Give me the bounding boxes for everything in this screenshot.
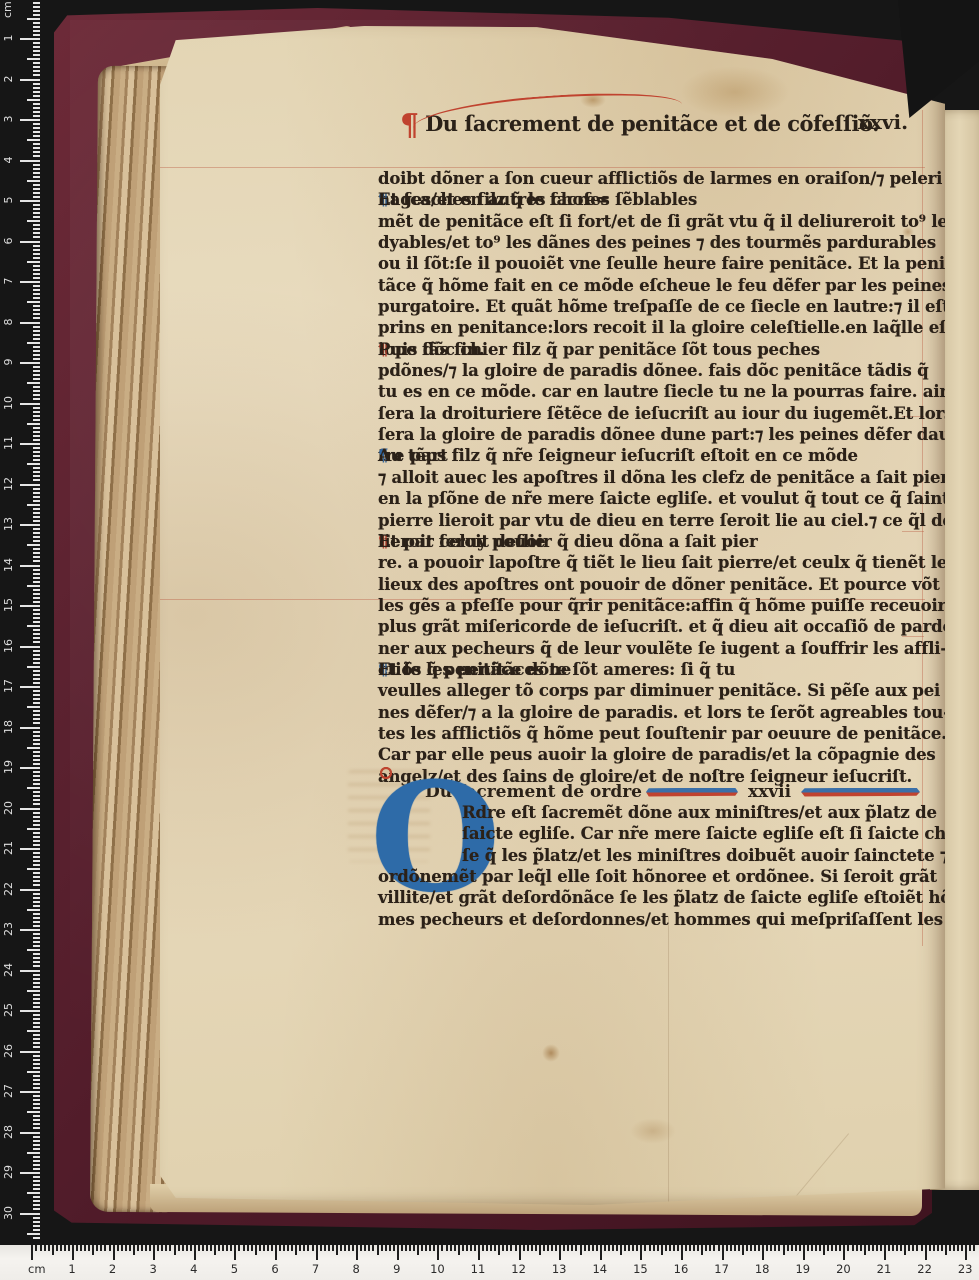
ruler-tick <box>20 970 40 972</box>
text-segment: doibt dõner a ſon cueur afflictiõs de la… <box>378 169 942 188</box>
ruler-tick <box>72 1245 74 1260</box>
ruler-tick <box>109 1245 111 1251</box>
ruler-tick <box>880 1245 882 1251</box>
ruler-tick <box>33 34 40 36</box>
ruler-tick <box>33 459 40 461</box>
ruler-tick <box>104 1245 106 1251</box>
ruler-tick <box>33 131 40 133</box>
ruler-tick <box>33 492 40 494</box>
ruler-tick <box>33 856 40 858</box>
ruler-tick <box>33 876 40 878</box>
ruler-tick <box>588 1245 590 1251</box>
ruler-tick <box>787 1245 789 1251</box>
ruler-tick <box>458 1245 460 1255</box>
ruler-tick <box>33 633 40 635</box>
ruler-tick <box>941 1245 943 1251</box>
ruler-tick <box>33 350 40 352</box>
ruler-tick <box>640 1245 642 1260</box>
ruler-tick <box>279 1245 281 1251</box>
ruler-tick <box>730 1245 732 1251</box>
ruler-tick <box>33 236 40 238</box>
ruler-tick <box>839 1245 841 1251</box>
ruler-tick <box>596 1245 598 1251</box>
ruler-tick <box>33 799 40 801</box>
ruler-tick <box>169 1245 171 1251</box>
ruler-tick <box>33 937 40 939</box>
ruler-tick <box>847 1245 849 1251</box>
ruler-tick <box>20 646 40 648</box>
ruler-tick <box>628 1245 630 1251</box>
text-segment: ſera la gloire de paradis dõnee dune par… <box>378 425 950 444</box>
ruler-tick <box>33 2 40 4</box>
text-segment: prins en penitance:lors recoit il la glo… <box>378 318 953 337</box>
ruler-tick <box>502 1245 504 1251</box>
ruler-tick <box>612 1245 614 1251</box>
ruler-tick <box>255 1245 257 1255</box>
ruler-tick <box>33 670 40 672</box>
text-line: doibt dõner a ſon cueur afflictiõs de la… <box>378 169 924 190</box>
ruler-tick <box>356 1245 358 1260</box>
ruler-tick <box>234 1245 236 1260</box>
text-segment: veulles alleger tõ corps par diminuer pe… <box>378 681 940 700</box>
ruler-tick <box>149 1245 151 1251</box>
ruler-tick <box>33 763 40 765</box>
ruler-tick <box>33 216 40 218</box>
ruler-number: 11 <box>1 435 17 451</box>
ruler-tick <box>466 1245 468 1251</box>
ruler-tick <box>360 1245 362 1251</box>
ruler-tick <box>33 641 40 643</box>
ruler-tick <box>20 119 40 121</box>
ruler-tick <box>551 1245 553 1251</box>
ruler-tick <box>33 103 40 105</box>
ruler-tick <box>33 577 40 579</box>
ruler-tick <box>515 1245 517 1251</box>
ruler-tick <box>33 228 40 230</box>
ruler-number: 4 <box>1 152 17 168</box>
ruler-tick <box>20 565 40 567</box>
text-line: purgatoire. Et quãt hõme treſpaſſe de ce… <box>378 297 924 318</box>
ruler-tick <box>33 447 40 449</box>
ruler-tick <box>425 1245 427 1251</box>
ruler-tick <box>27 949 40 951</box>
ruler-tick <box>33 1156 40 1158</box>
ruler-tick <box>20 1213 40 1215</box>
ruler-tick <box>397 1245 399 1260</box>
ruler-tick <box>409 1245 411 1251</box>
ruler-tick <box>33 978 40 980</box>
ruler-tick <box>35 1245 37 1251</box>
ruler-tick <box>33 771 40 773</box>
ruler-tick <box>823 1245 825 1255</box>
ruler-tick <box>271 1245 273 1251</box>
ruler-tick <box>33 589 40 591</box>
crease <box>668 916 669 1206</box>
ruler-tick <box>33 739 40 741</box>
ruler-tick <box>27 625 40 627</box>
crease <box>752 1133 849 1249</box>
ruler-tick <box>754 1245 756 1251</box>
line-filler-ornament <box>646 788 738 797</box>
text-segment: ordõnemẽt par leq̃l elle ſoit hõnoree et… <box>378 867 937 886</box>
ruler-tick <box>673 1245 675 1251</box>
text-segment: Rdre eſt ſacremẽt dõne aux miniſtres/et … <box>462 803 937 822</box>
text-segment: nes dẽfer/⁊ a la gloire de paradis. et l… <box>378 703 950 722</box>
ruler-tick <box>33 702 40 704</box>
ruler-tick <box>76 1245 78 1251</box>
ruler-tick <box>543 1245 545 1251</box>
ruler-tick <box>33 982 40 984</box>
ruler-tick <box>33 91 40 93</box>
ruler-tick <box>20 322 40 324</box>
ruler-tick <box>33 803 40 805</box>
bottom-cm-ruler: cm 1234567891011121314151617181920212223 <box>0 1245 979 1280</box>
ruler-number: 15 <box>633 1262 648 1276</box>
text-segment: ⁊ alloit auec les apoſtres il dõna les c… <box>378 468 968 487</box>
ruler-number: 14 <box>1 557 17 573</box>
ruler-tick <box>770 1245 772 1251</box>
ruler-number: 26 <box>1 1043 17 1059</box>
ruler-tick <box>33 593 40 595</box>
ruler-tick <box>945 1245 947 1255</box>
ruler-tick <box>547 1245 549 1251</box>
ruler-tick <box>27 382 40 384</box>
ruler-tick <box>33 1034 40 1036</box>
ruler-tick <box>33 674 40 676</box>
ruler-tick <box>27 301 40 303</box>
ruler-tick <box>33 411 40 413</box>
ruler-number: 17 <box>714 1262 729 1276</box>
ruler-tick <box>393 1245 395 1251</box>
ruler-tick <box>766 1245 768 1251</box>
ruler-tick <box>33 1225 40 1227</box>
ruler-tick <box>697 1245 699 1251</box>
ruler-tick <box>33 897 40 899</box>
ruler-tick <box>33 921 40 923</box>
ruler-tick <box>20 686 40 688</box>
ruler-tick <box>33 872 40 874</box>
text-segment: les gẽs a pfeſſe pour q̃rir penitãce:aff… <box>378 596 946 615</box>
ruler-tick <box>478 1245 480 1260</box>
ruler-tick <box>33 168 40 170</box>
ruler-tick <box>535 1245 537 1251</box>
ruler-tick <box>33 520 40 522</box>
ruler-tick <box>429 1245 431 1251</box>
text-line: ou il ſõt:ſe il pouoiẽt vne ſeulle heure… <box>378 254 924 275</box>
ruler-tick <box>226 1245 228 1251</box>
ruler-tick <box>713 1245 715 1251</box>
ruler-number: 6 <box>271 1262 278 1276</box>
ruler-tick <box>441 1245 443 1251</box>
ruler-tick <box>490 1245 492 1251</box>
ruler-tick <box>33 718 40 720</box>
ruler-tick <box>33 617 40 619</box>
ruler-tick <box>709 1245 711 1251</box>
left-cm-ruler: cm 1234567891011121314151617181920212223… <box>0 0 44 1280</box>
text-block-ordre: Rdre eſt ſacremẽt dõne aux miniſtres/et … <box>378 803 924 931</box>
ruler-tick <box>56 1245 58 1251</box>
ruler-tick <box>174 1245 176 1255</box>
ruler-tick <box>835 1245 837 1251</box>
ruler-tick <box>799 1245 801 1251</box>
ruler-tick <box>33 496 40 498</box>
ruler-tick <box>303 1245 305 1251</box>
ruler-tick <box>33 812 40 814</box>
ruler-tick <box>33 431 40 433</box>
ruler-tick <box>33 285 40 287</box>
ruler-tick <box>401 1245 403 1251</box>
text-segment: villite/et grãt deſordõnãce ſe les p̃lat… <box>378 888 958 907</box>
ruler-number: 22 <box>1 881 17 897</box>
ruler-tick <box>27 666 40 668</box>
ruler-tick <box>33 884 40 886</box>
ruler-tick <box>20 848 40 850</box>
text-line: re. a pouoir lapoſtre q̃ tiẽt le lieu ſa… <box>378 553 924 574</box>
ruler-tick <box>33 508 40 510</box>
ruler-tick <box>644 1245 646 1251</box>
text-segment: ſe q̃ les p̃latz/et les miniſtres doibuẽ… <box>462 846 948 865</box>
ruler-tick <box>307 1245 309 1251</box>
ruler-number: 12 <box>511 1262 526 1276</box>
ruler-tick <box>33 998 40 1000</box>
ruler-tick <box>33 905 40 907</box>
ruler-unit-label: cm <box>28 1262 46 1276</box>
ruler-tick <box>96 1245 98 1251</box>
ruler-tick <box>33 123 40 125</box>
ruler-tick <box>33 42 40 44</box>
ruler-tick <box>230 1245 232 1251</box>
ruler-tick <box>27 1071 40 1073</box>
ruler-tick <box>27 342 40 344</box>
ruler-tick <box>247 1245 249 1251</box>
ruler-tick <box>33 836 40 838</box>
ruler-tick <box>783 1245 785 1255</box>
ruler-tick <box>33 820 40 822</box>
ruler-number: 5 <box>231 1262 238 1276</box>
ruler-tick <box>340 1245 342 1251</box>
ruler-tick <box>486 1245 488 1251</box>
ruler-tick <box>336 1245 338 1255</box>
ruler-tick <box>27 747 40 749</box>
ruler-tick <box>33 1237 40 1239</box>
ruler-tick <box>908 1245 910 1251</box>
ruler-tick <box>202 1245 204 1251</box>
ruler-tick <box>33 1014 40 1016</box>
ruler-tick <box>33 824 40 826</box>
text-segment: ſaicte egliſe. Car nr̃e mere ſaicte egli… <box>462 824 964 843</box>
ruler-number: 12 <box>1 476 17 492</box>
ruler-tick <box>33 1217 40 1219</box>
ruler-tick <box>498 1245 500 1255</box>
ruler-tick <box>33 795 40 797</box>
ruler-tick <box>222 1245 224 1251</box>
ruler-tick <box>33 1006 40 1008</box>
text-segment: purgatoire. Et quãt hõme treſpaſſe de ce… <box>378 297 950 316</box>
ruler-tick <box>33 1148 40 1150</box>
ruler-tick <box>604 1245 606 1251</box>
ruler-tick <box>33 1026 40 1028</box>
ruler-number: 25 <box>1 1002 17 1018</box>
ruler-tick <box>33 62 40 64</box>
ruler-number: 4 <box>190 1262 197 1276</box>
ruler-tick <box>949 1245 951 1251</box>
text-line: ner aux pecheurs q̃ de leur voulẽte ſe i… <box>378 639 924 660</box>
ruler-tick <box>33 224 40 226</box>
ruler-tick <box>368 1245 370 1251</box>
ruler-tick <box>33 184 40 186</box>
ruler-tick <box>84 1245 86 1251</box>
ruler-tick <box>624 1245 626 1251</box>
ruler-tick <box>33 439 40 441</box>
ruler-tick <box>969 1245 971 1251</box>
text-line: lieux des apoſtres ont pouoir de dõner p… <box>378 575 924 596</box>
ruler-tick <box>33 334 40 336</box>
ruler-tick <box>27 1192 40 1194</box>
ruler-tick <box>33 338 40 340</box>
text-line: iope ſãs fin.¶Puis dõc chier filz q̃ par… <box>378 340 924 361</box>
ruler-tick <box>27 585 40 587</box>
ruler-tick <box>33 1115 40 1117</box>
ruler-tick <box>33 1176 40 1178</box>
ruler-number: 20 <box>1 800 17 816</box>
ruler-tick <box>259 1245 261 1251</box>
ruler-tick <box>616 1245 618 1251</box>
ruler-tick <box>33 901 40 903</box>
ruler-tick <box>33 560 40 562</box>
ruler-tick <box>33 779 40 781</box>
ruler-tick <box>348 1245 350 1251</box>
ruler-tick <box>33 637 40 639</box>
ruler-tick <box>20 929 40 931</box>
line-filler-ornament <box>801 788 920 797</box>
ruler-tick <box>831 1245 833 1251</box>
ruler-number: 23 <box>958 1262 973 1276</box>
ruler-tick <box>20 38 40 40</box>
ruler-tick <box>33 965 40 967</box>
text-line: nes dẽfer/⁊ a la gloire de paradis. et l… <box>378 703 924 724</box>
ruler-tick <box>417 1245 419 1255</box>
ruler-tick <box>33 759 40 761</box>
ruler-tick <box>165 1245 167 1251</box>
ruler-tick <box>33 115 40 117</box>
text-line: ſera la droituriere ſẽtẽce de ieſucriſt … <box>378 404 924 425</box>
ruler-number: 2 <box>1 71 17 87</box>
ruler-tick <box>33 127 40 129</box>
ruler-tick <box>961 1245 963 1251</box>
ruler-tick <box>33 289 40 291</box>
text-segment: plus grãt miſericorde de ieſucriſt. et q… <box>378 617 953 636</box>
text-line: ſaicte egliſe. Car nr̃e mere ſaicte egli… <box>378 824 924 845</box>
ruler-tick <box>33 378 40 380</box>
text-line: lieroit ſeroit deſlie¶Et par celuy pouoi… <box>378 532 924 553</box>
ruler-tick <box>137 1245 139 1251</box>
text-segment: mẽt de penitãce eſt ſi fort/et de ſi grã… <box>378 212 957 231</box>
ruler-tick <box>121 1245 123 1251</box>
ruler-tick <box>726 1245 728 1251</box>
ruler-tick <box>482 1245 484 1251</box>
ruler-tick <box>661 1245 663 1255</box>
ruler-number: 9 <box>393 1262 400 1276</box>
ruler-tick <box>649 1245 651 1251</box>
ruler-tick <box>33 176 40 178</box>
ruler-tick <box>33 111 40 113</box>
ruler-tick <box>33 1087 40 1089</box>
ruler-tick <box>896 1245 898 1251</box>
ruler-tick <box>33 682 40 684</box>
ruler-tick <box>328 1245 330 1251</box>
ruler-tick <box>33 1119 40 1121</box>
ruler-tick <box>33 427 40 429</box>
text-segment: Et ſcaches filz q̃ le ſacre= <box>378 190 609 209</box>
ruler-tick <box>567 1245 569 1251</box>
ruler-number: 18 <box>1 719 17 735</box>
ruler-tick <box>33 532 40 534</box>
ruler-tick <box>60 1245 62 1251</box>
ruler-tick <box>33 265 40 267</box>
ruler-tick <box>44 1245 46 1251</box>
stain <box>542 1044 560 1062</box>
ruler-tick <box>141 1245 143 1251</box>
ruler-tick <box>33 650 40 652</box>
ruler-tick <box>385 1245 387 1251</box>
ruler-tick <box>20 889 40 891</box>
stain <box>630 1118 676 1144</box>
ruler-tick <box>774 1245 776 1251</box>
ruler-tick <box>33 840 40 842</box>
ruler-tick <box>527 1245 529 1251</box>
ruler-tick <box>811 1245 813 1251</box>
ruler-tick <box>33 710 40 712</box>
ruler-tick <box>364 1245 366 1251</box>
ruler-tick <box>33 961 40 963</box>
ruler-tick <box>856 1245 858 1251</box>
ruler-tick <box>746 1245 748 1251</box>
ruler-number: 5 <box>1 192 17 208</box>
ruler-tick <box>33 1123 40 1125</box>
ruler-tick <box>267 1245 269 1251</box>
ruler-tick <box>33 66 40 68</box>
ruler-tick <box>33 354 40 356</box>
ruler-number: 13 <box>1 516 17 532</box>
ruler-tick <box>454 1245 456 1251</box>
ruler-tick <box>33 208 40 210</box>
ruler-tick <box>33 293 40 295</box>
ruler-tick <box>33 6 40 8</box>
running-header: ¶Du ſacrement de penitãce et de cõfeſſiõ… <box>400 108 928 144</box>
ruler-tick <box>701 1245 703 1255</box>
ruler-number: 1 <box>68 1262 75 1276</box>
ruler-tick <box>33 852 40 854</box>
text-line: mẽt de penitãce eſt ſi fort/et de ſi grã… <box>378 212 924 233</box>
ruler-tick <box>33 512 40 514</box>
ruler-tick <box>20 767 40 769</box>
ruler-tick <box>389 1245 391 1251</box>
text-segment: pierre lieroit par vtu de dieu en terre … <box>378 511 966 530</box>
text-segment: tes les afflictiõs q̃ hõme peut ſouſteni… <box>378 724 947 743</box>
ruler-tick <box>519 1245 521 1260</box>
ruler-tick <box>636 1245 638 1251</box>
ruler-number: 10 <box>1 395 17 411</box>
ruler-tick <box>33 573 40 575</box>
ruler-tick <box>320 1245 322 1251</box>
ruler-tick <box>157 1245 159 1251</box>
ruler-tick <box>33 1164 40 1166</box>
ruler-tick <box>33 775 40 777</box>
ruler-tick <box>27 463 40 465</box>
ruler-tick <box>33 1107 40 1109</box>
ruler-tick <box>33 269 40 271</box>
ruler-number: 20 <box>836 1262 851 1276</box>
